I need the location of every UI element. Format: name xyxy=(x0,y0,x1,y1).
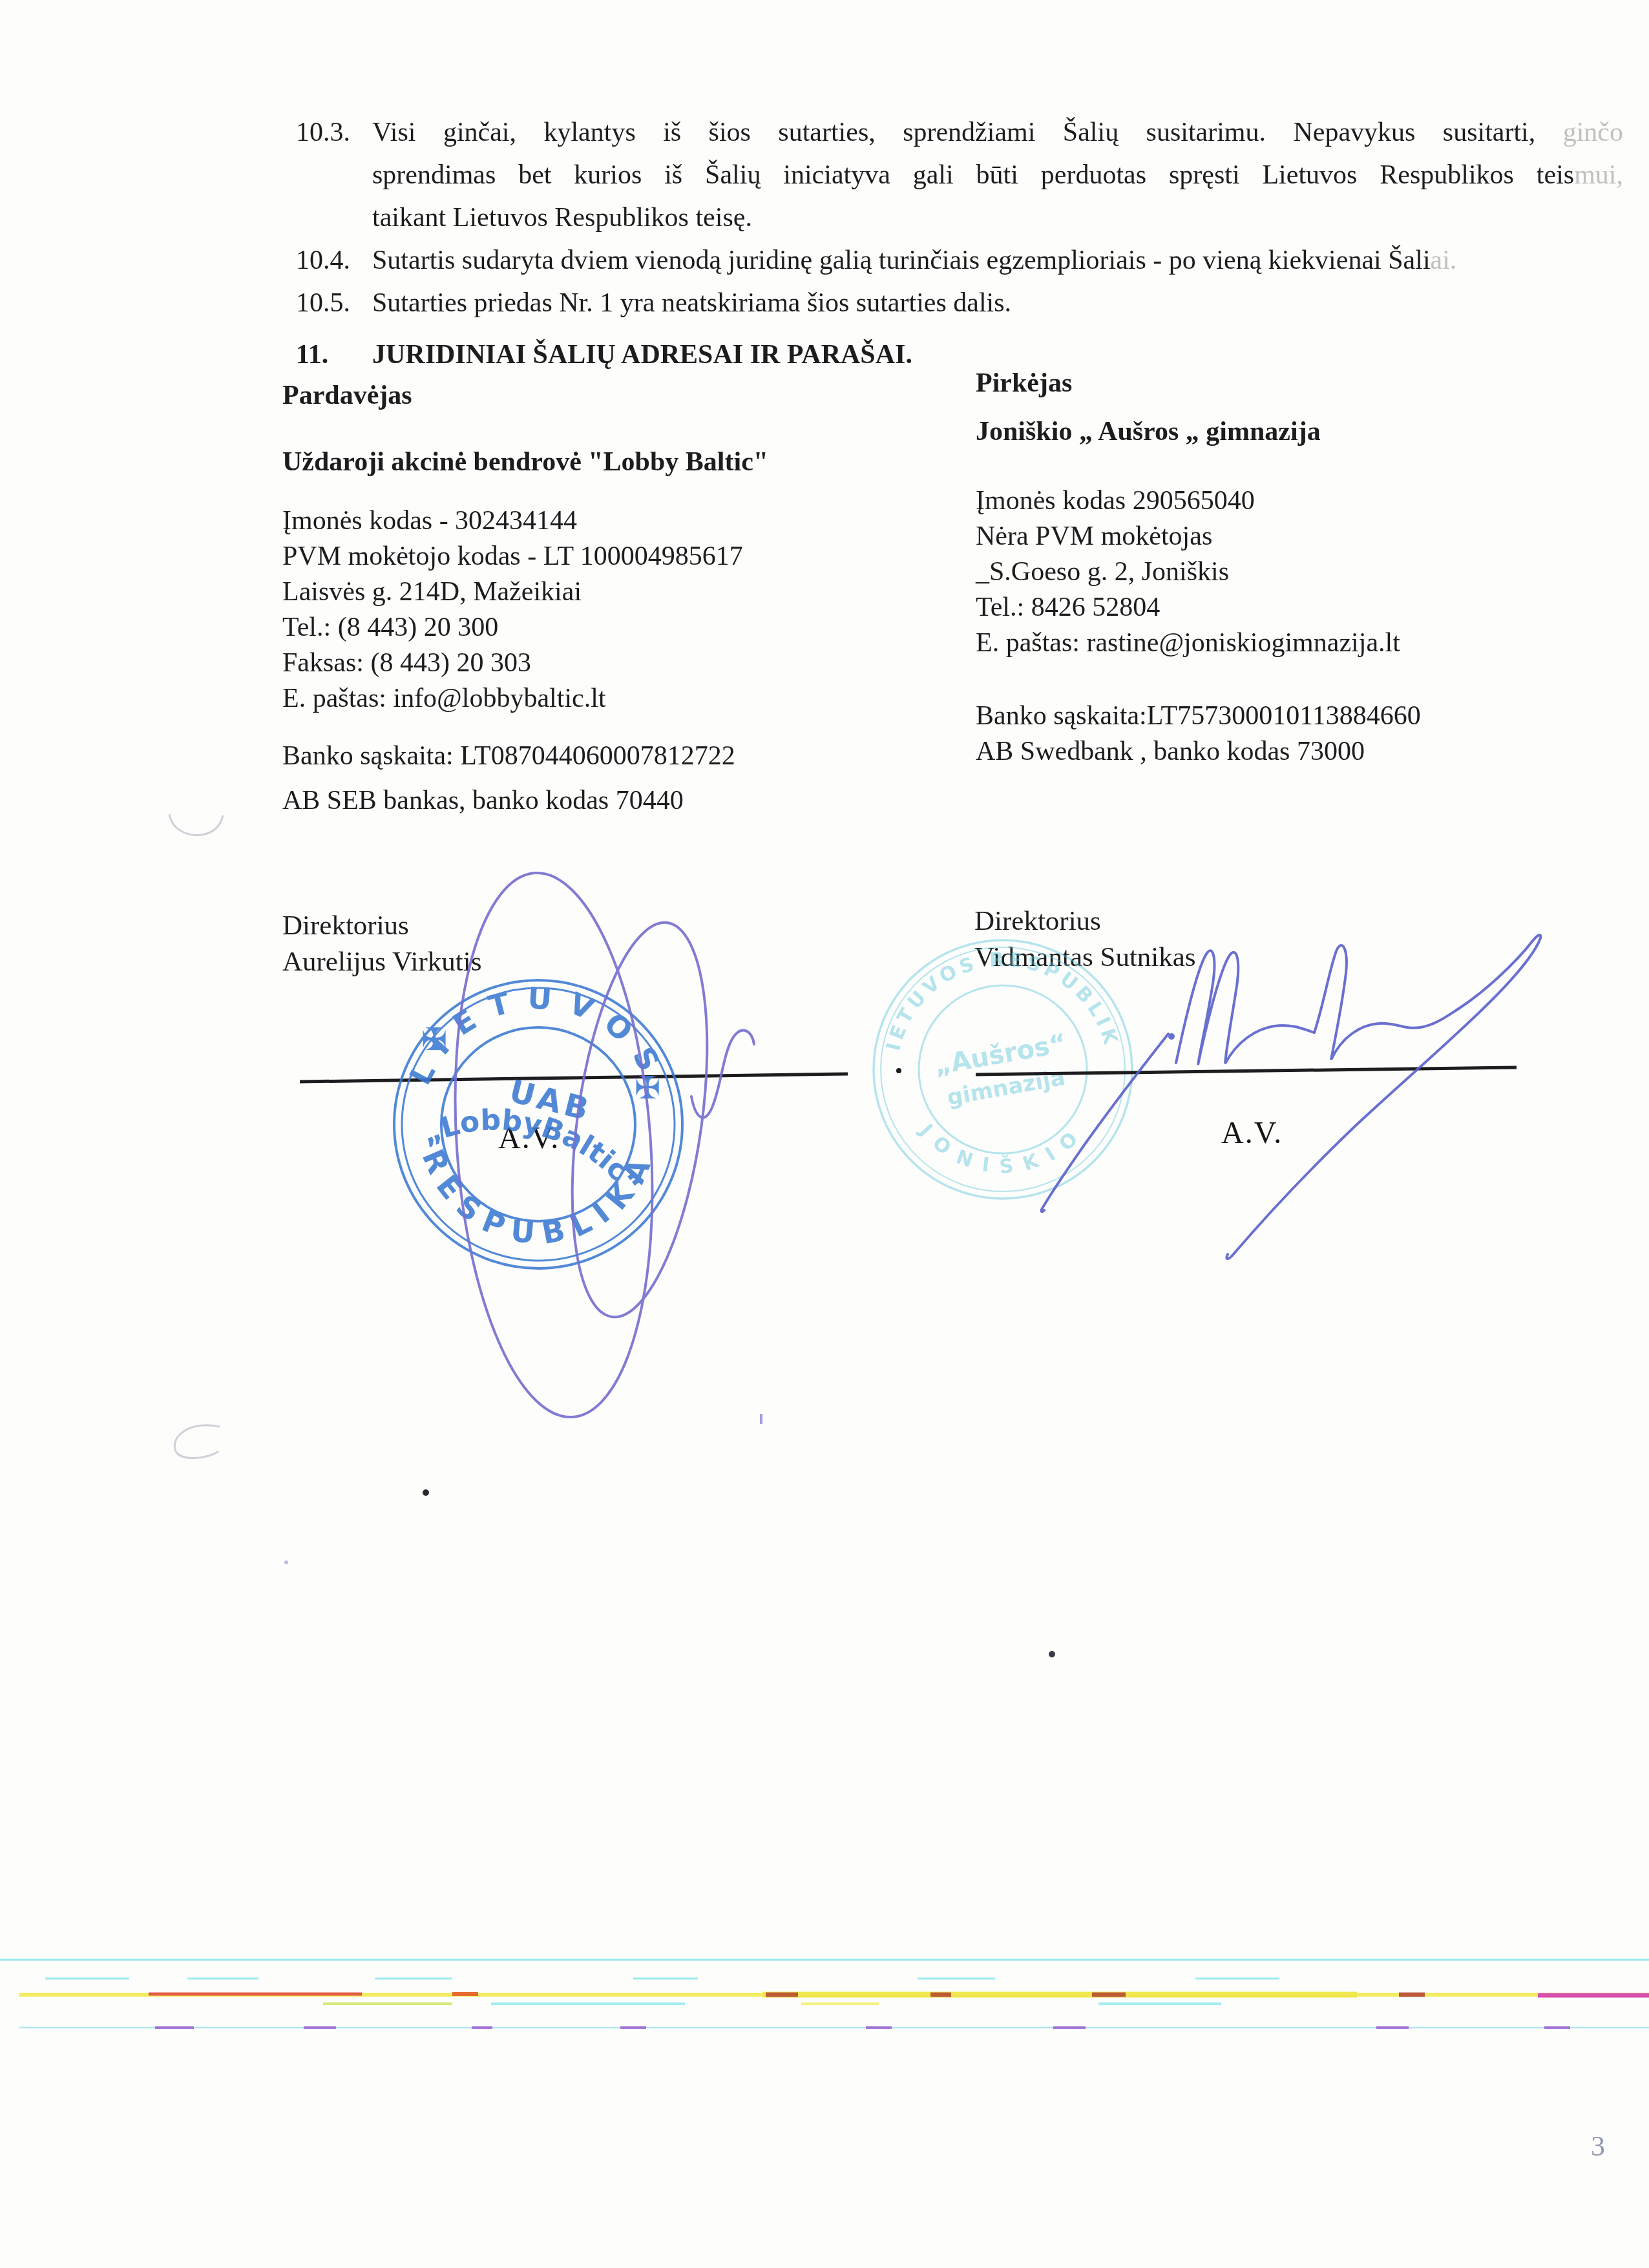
buyer-signature xyxy=(1042,935,1541,1259)
signature-script xyxy=(1176,950,1314,1065)
signature-tall-loop xyxy=(1314,945,1458,1060)
scanned-contract-page: 10.3. Visi ginčai, kylantys iš šios suta… xyxy=(0,0,1649,2268)
seller-signature-line xyxy=(300,1074,848,1082)
page-number: 3 xyxy=(1591,2130,1605,2163)
ink-dot xyxy=(896,1068,901,1073)
buyer-stamp-ring-top-text: LIETUVOS RESPUBLIKA xyxy=(0,0,1123,1053)
signature-flourish-diagonal xyxy=(1226,935,1540,1259)
signature-lines xyxy=(300,1067,1517,1082)
scan-arc-marks xyxy=(169,814,223,1458)
buyer-round-stamp: LIETUVOS RESPUBLIKA JONIŠKIO „Aušros“ gi… xyxy=(0,0,1132,1199)
scan-graphics-overlay: LIETUVOS RESPUBLIKA JONIŠKIO „Aušros“ gi… xyxy=(0,0,1649,2268)
maltese-cross-icon: ✠ xyxy=(421,1023,447,1057)
scanner-artifact-lines xyxy=(0,1960,1649,2028)
ink-specks xyxy=(284,1414,1055,1657)
seller-round-stamp: LIETUVOS RESPUBLIKA ✠ ✠ UAB „LobbyBaltic… xyxy=(394,980,682,1268)
